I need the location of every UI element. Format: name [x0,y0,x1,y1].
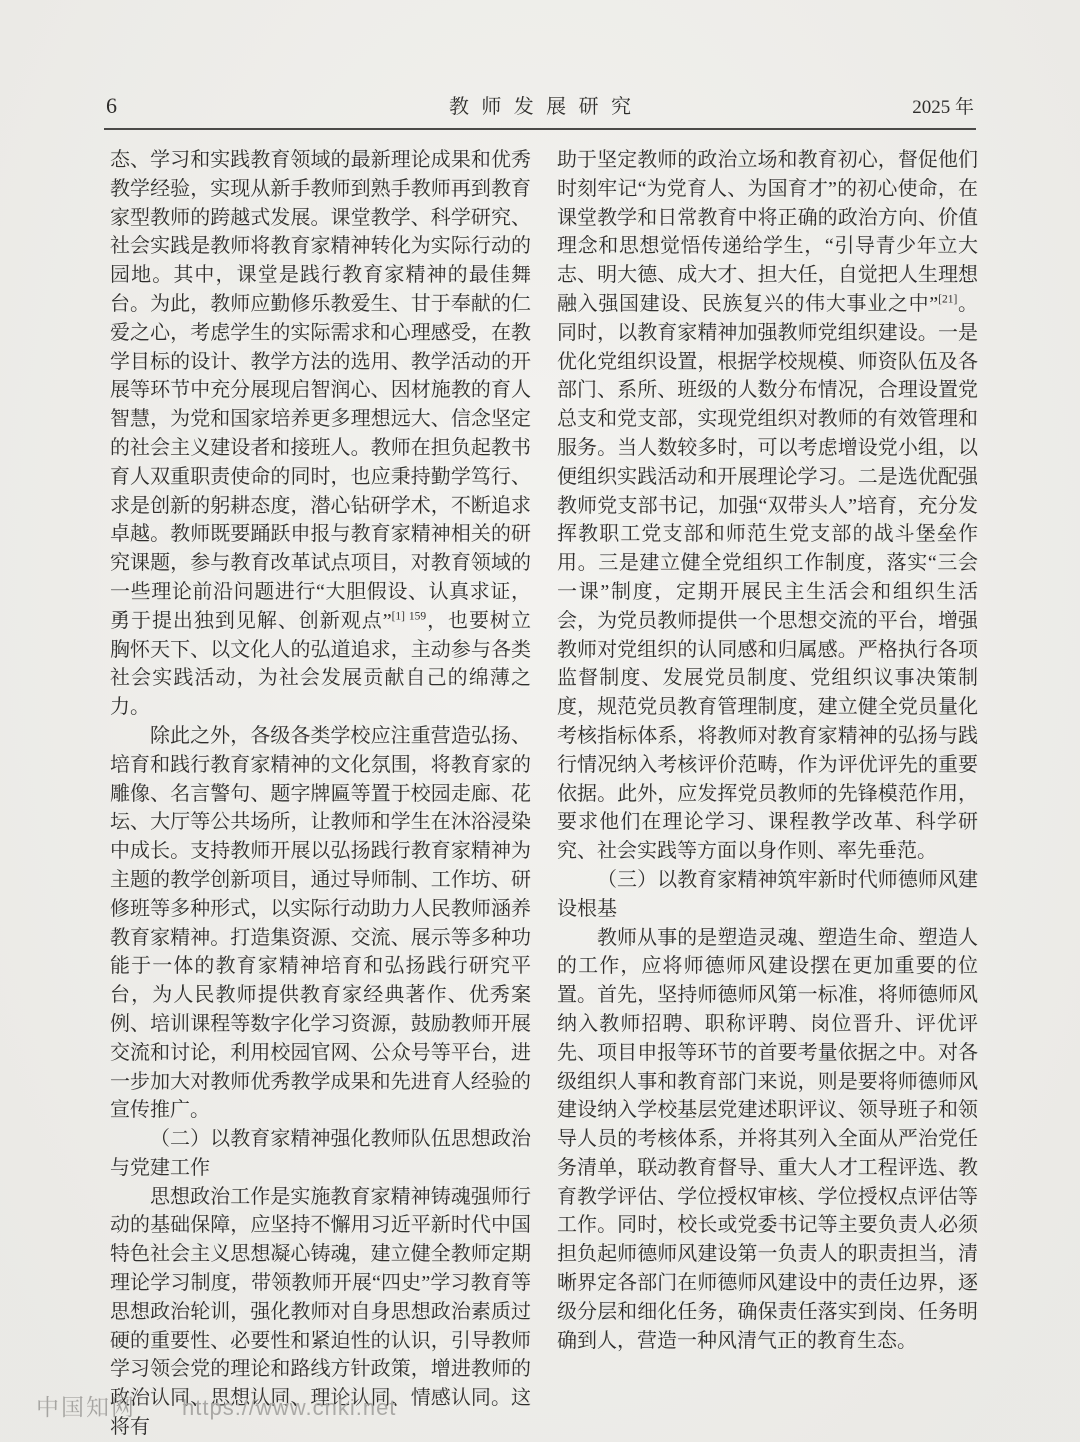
right-column: 助于坚定教师的政治立场和教育初心，督促他们时刻牢记“为党育人、为国育才”的初心使… [557,146,978,1442]
body-paragraph: 态、学习和实践教育领域的最新理论成果和优秀教学经验，实现从新手教师到熟手教师再到… [110,146,531,722]
journal-page: 6 教师发展研究 2025 年 态、学习和实践教育领域的最新理论成果和优秀教学经… [0,0,1080,1442]
citation-superscript: [21] [938,293,957,305]
header-divider [104,128,976,130]
body-paragraph: 教师从事的是塑造灵魂、塑造生命、塑造人的工作，应将师德师风建设摆在更加重要的位置… [557,924,978,1356]
cnki-url: https://www.cnki.net [182,1395,396,1421]
section-heading: （二）以教育家精神强化教师队伍思想政治与党建工作 [110,1125,531,1183]
page-number: 6 [106,93,117,119]
body-paragraph: 除此之外，各级各类学校应注重营造弘扬、培育和践行教育家精神的文化氛围，将教育家的… [110,722,531,1125]
article-body: 态、学习和实践教育领域的最新理论成果和优秀教学经验，实现从新手教师到熟手教师再到… [110,146,978,1442]
page-header: 6 教师发展研究 2025 年 [106,90,974,119]
citation-superscript: [1] 159 [392,610,427,622]
journal-title: 教师发展研究 [449,90,643,119]
publication-year: 2025 年 [912,92,974,119]
cnki-watermark: 中国知网 [36,1389,136,1422]
page-footer: 中国知网 https://www.cnki.net [36,1389,396,1422]
section-heading: （三）以教育家精神筑牢新时代师德师风建设根基 [557,866,978,924]
left-column: 态、学习和实践教育领域的最新理论成果和优秀教学经验，实现从新手教师到熟手教师再到… [110,146,531,1442]
body-paragraph: 助于坚定教师的政治立场和教育初心，督促他们时刻牢记“为党育人、为国育才”的初心使… [557,146,978,866]
